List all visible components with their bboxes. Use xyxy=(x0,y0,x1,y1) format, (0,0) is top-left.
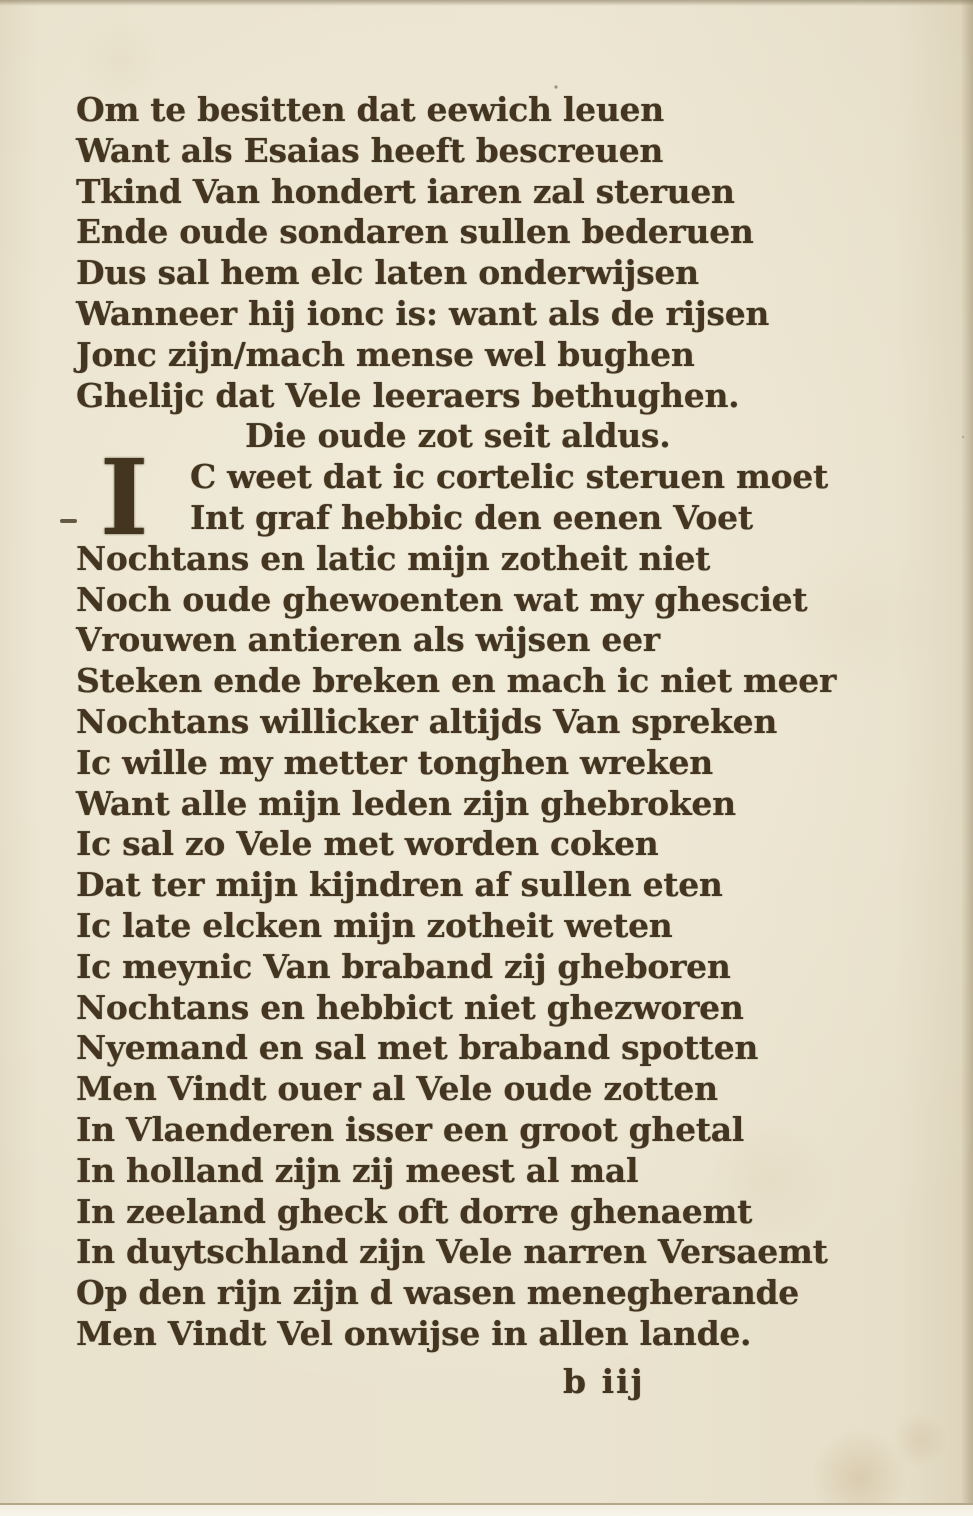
poem-line: Want alle mijn leden zijn ghebroken xyxy=(76,784,716,825)
poem-line: Nochtans en latic mijn zotheit niet xyxy=(76,539,716,580)
poem-line: Vrouwen antieren als wijsen eer xyxy=(76,620,716,661)
poem-line: In zeeland gheck oft dorre ghenaemt xyxy=(76,1192,716,1233)
poem-line: Nochtans willicker altijds Van spreken xyxy=(76,702,716,743)
poem-line: Ic sal zo Vele met worden coken xyxy=(76,824,716,865)
poem-line: Steken ende breken en mach ic niet meer xyxy=(76,661,716,702)
poem-line: C weet dat ic cortelic steruen moet xyxy=(190,457,716,498)
poem-line: Dat ter mijn kijndren af sullen eten xyxy=(76,865,716,906)
poem-line: Men Vindt Vel onwijse in allen lande. xyxy=(76,1314,716,1355)
poem-line: Nochtans en hebbict niet ghezworen xyxy=(76,988,716,1029)
stanza-heading: Die oude zot seit aldus. xyxy=(76,416,716,457)
poem-line: In duytschland zijn Vele narren Versaemt xyxy=(76,1232,716,1273)
drop-cap-initial: I xyxy=(74,460,174,536)
poem-line: Ghelijc dat Vele leeraers bethughen. xyxy=(76,376,716,417)
poem-line: In holland zijn zij meest al mal xyxy=(76,1151,716,1192)
poem-text-block: Om te besitten dat eewich leuen Want als… xyxy=(76,90,716,1355)
poem-line: Ic late elcken mijn zotheit weten xyxy=(76,906,716,947)
poem-line: In Vlaenderen isser een groot ghetal xyxy=(76,1110,716,1151)
poem-line: Op den rijn zijn d wasen menegherande xyxy=(76,1273,716,1314)
margin-mark xyxy=(60,519,77,523)
signature-mark: b iij xyxy=(563,1362,645,1401)
poem-line: Om te besitten dat eewich leuen xyxy=(76,90,716,131)
poem-line: Want als Esaias heeft bescreuen xyxy=(76,131,716,172)
book-page: Om te besitten dat eewich leuen Want als… xyxy=(0,0,973,1516)
poem-line: Wanneer hij ionc is: want als de rijsen xyxy=(76,294,716,335)
poem-line: Dus sal hem elc laten onderwijsen xyxy=(76,253,716,294)
poem-line: Nyemand en sal met braband spotten xyxy=(76,1028,716,1069)
poem-line: Int graf hebbic den eenen Voet xyxy=(190,498,716,539)
poem-line: Tkind Van hondert iaren zal steruen xyxy=(76,172,716,213)
poem-line: Ic wille my metter tonghen wreken xyxy=(76,743,716,784)
poem-line: Men Vindt ouer al Vele oude zotten xyxy=(76,1069,716,1110)
page-edge-right xyxy=(961,0,973,1516)
page-edge-top xyxy=(0,0,973,6)
poem-line: Ic meynic Van braband zij gheboren xyxy=(76,947,716,988)
page-edge-bottom xyxy=(0,1503,973,1516)
drop-cap-block: I C weet dat ic cortelic steruen moet In… xyxy=(76,457,716,539)
poem-line: Ende oude sondaren sullen bederuen xyxy=(76,212,716,253)
poem-line: Noch oude ghewoenten wat my ghesciet xyxy=(76,580,716,621)
poem-line: Jonc zijn/mach mense wel bughen xyxy=(76,335,716,376)
